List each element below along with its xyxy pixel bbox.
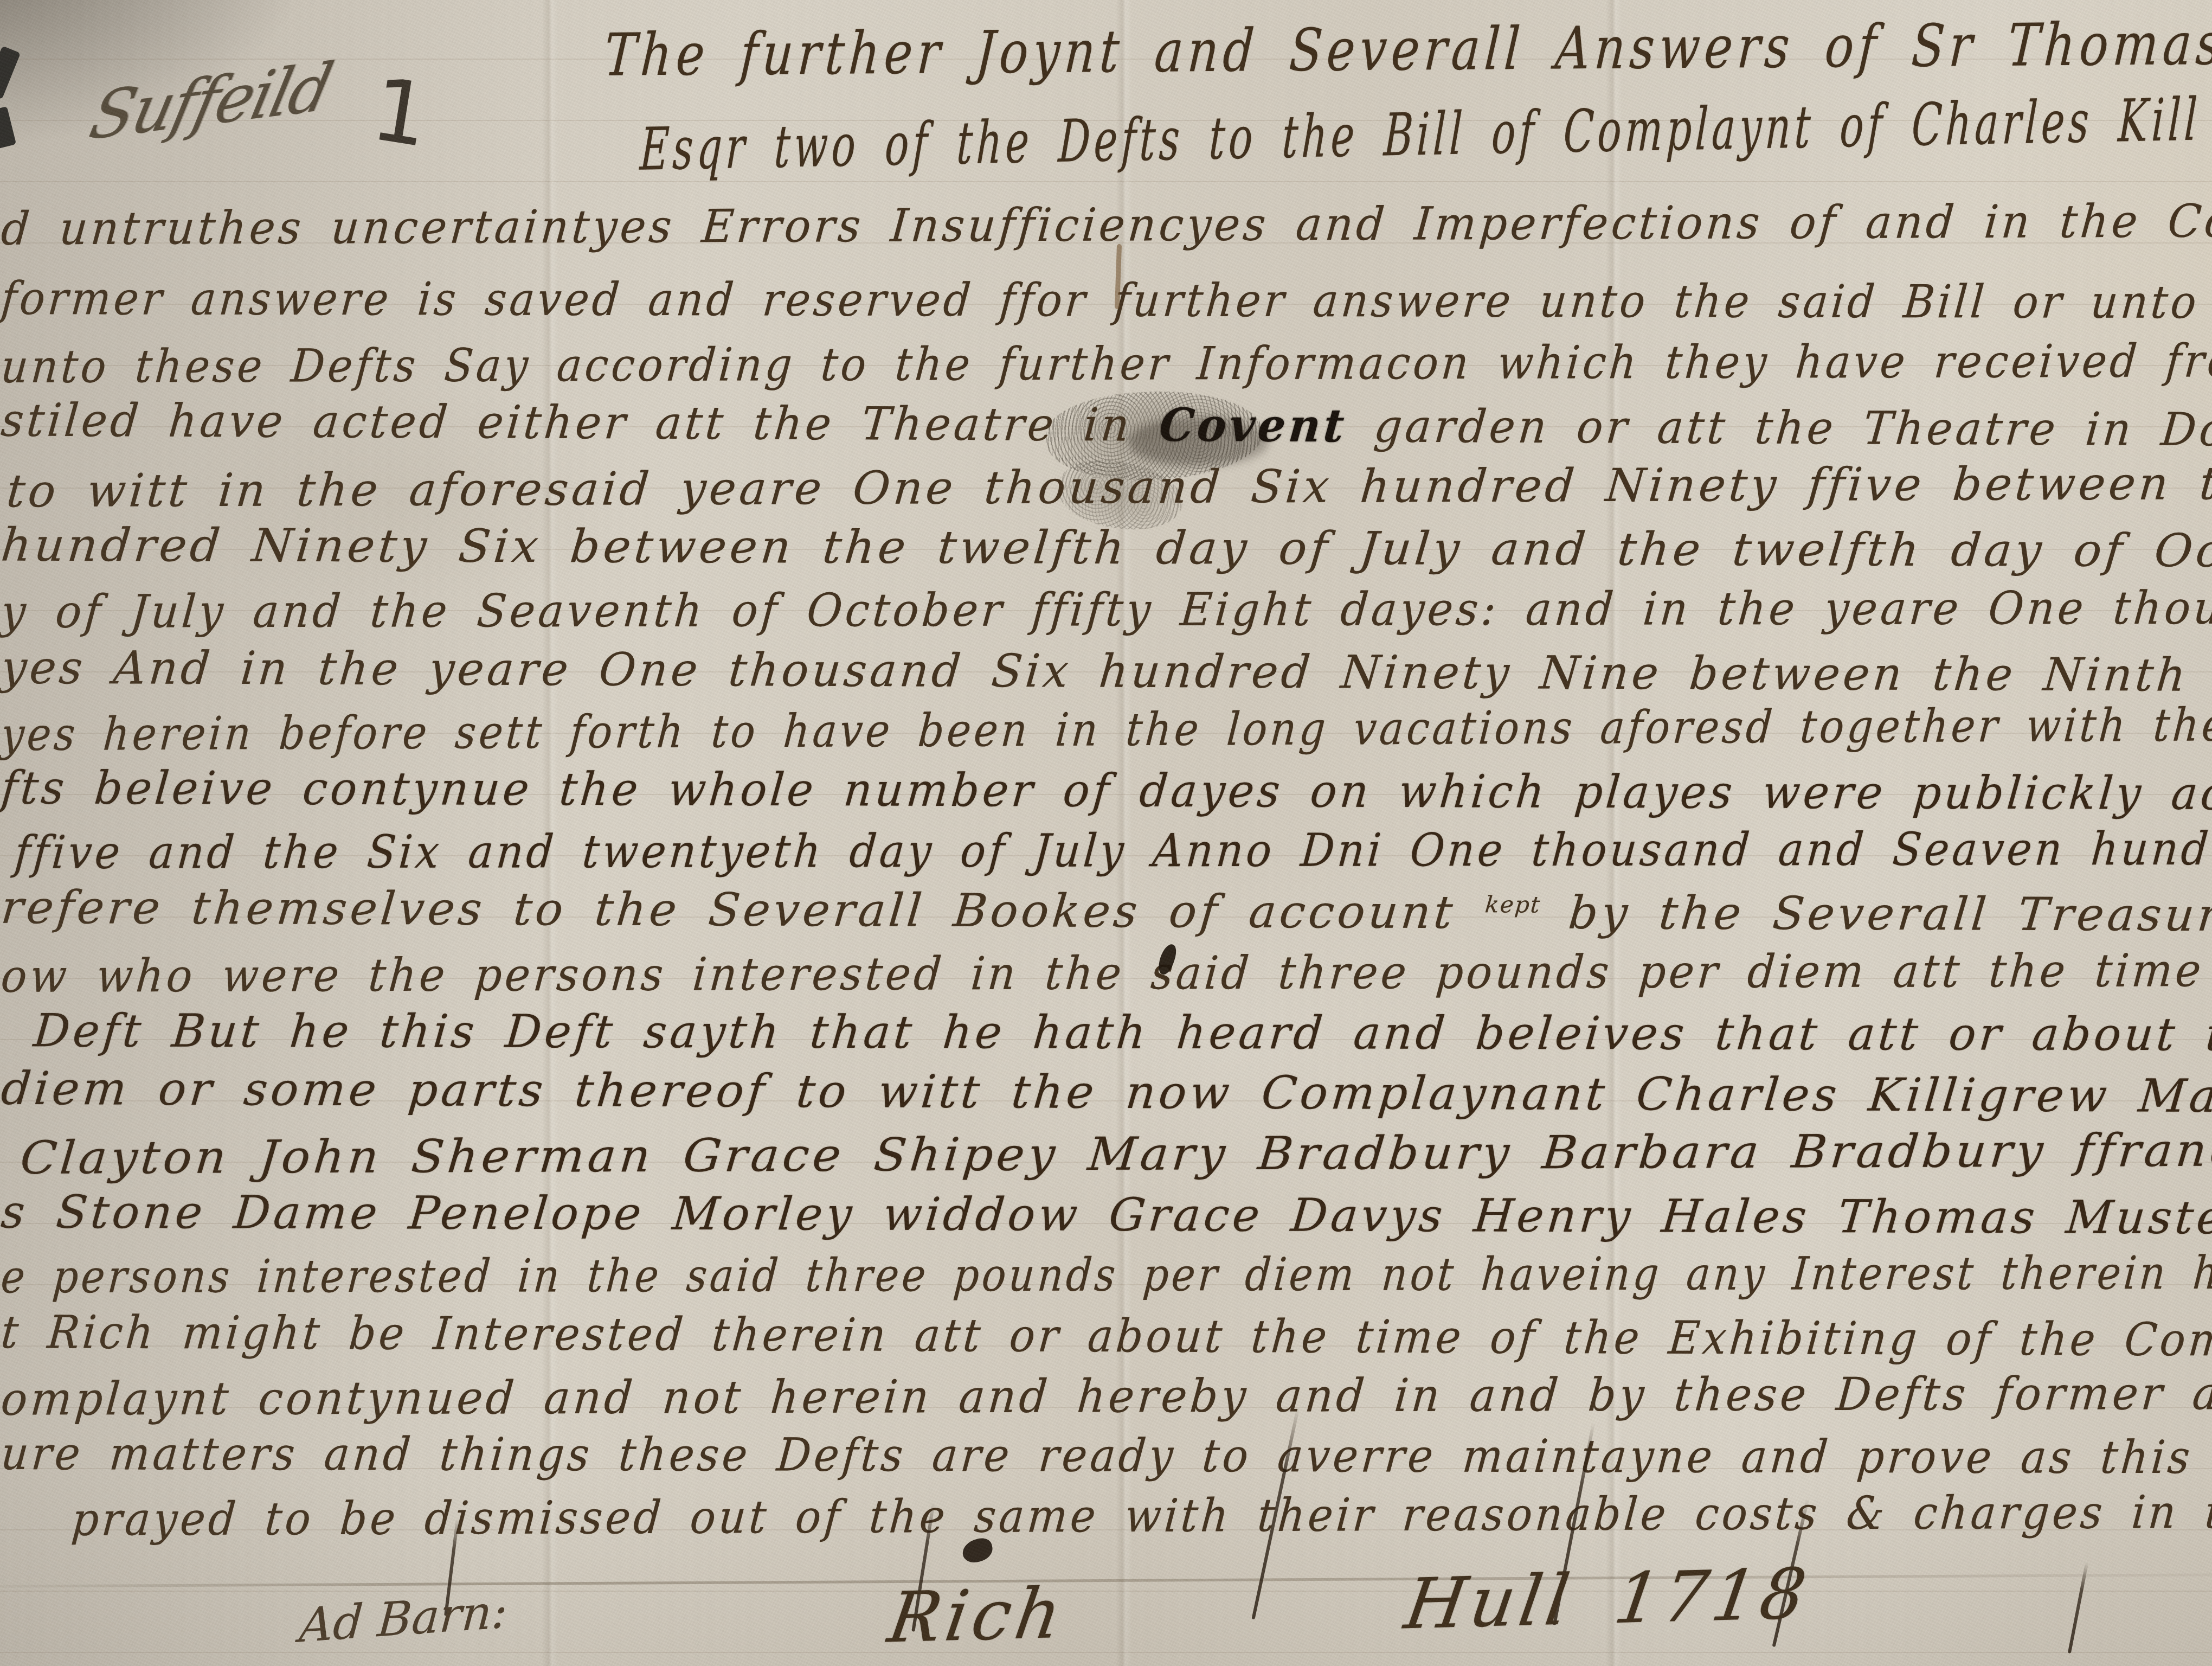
body-line-17-text: s Stone Dame Penelope Morley widdow Grac… [0,1189,2212,1241]
body-line-2-text: former answere is saved and reserved ffo… [0,275,2212,325]
edge-mark [0,46,21,100]
body-line-13-text: ow who were the persons interested in th… [0,947,2212,999]
body-line-5: to witt in the aforesaid yeare One thous… [5,460,2212,514]
interlined-word-kept: kept [1484,891,1542,918]
body-line-11-text: ffive and the Six and twentyeth day of J… [13,826,2212,875]
body-line-22-text: prayed to be dismissed out of the same w… [70,1489,2212,1542]
body-line-17: s Stone Dame Penelope Morley widdow Grac… [0,1189,2212,1240]
body-line-12-text: refere themselves to the Severall Bookes… [0,885,2212,938]
body-line-18: e persons interested in the said three p… [0,1249,2212,1299]
body-line-7: y of July and the Seaventh of October ff… [0,585,2212,635]
body-line-10: fts beleive contynue the whole number of… [0,765,2212,816]
body-line-16-text: Clayton John Sherman Grace Shipey Mary B… [18,1127,2212,1181]
margin-endorsement: Suffeild [85,54,337,149]
body-line-16: Clayton John Sherman Grace Shipey Mary B… [19,1127,2189,1181]
body-line-20-text: omplaynt contynued and not herein and he… [0,1370,2212,1422]
heading-line-1: The further Joynt and Severall Answers o… [603,12,2212,85]
body-line-3: unto these Defts Say according to the fu… [0,337,2212,389]
body-line-19-text: t Rich might be Interested therein att o… [0,1309,2212,1363]
body-line-3-text: unto these Defts Say according to the fu… [0,338,2212,389]
body-line-15: diem or some parts thereof to witt the n… [0,1066,2212,1119]
body-line-19: t Rich might be Interested therein att o… [0,1309,2212,1363]
body-line-7-text: y of July and the Seaventh of October ff… [0,585,2212,635]
edge-mark [0,106,16,150]
body-line-14-text: Deft But he this Deft sayth that he hath… [32,1008,2212,1057]
body-line-14: Deft But he this Deft sayth that he hath… [33,1008,2212,1057]
body-line-1: d untruthes uncertaintyes Errors Insuffi… [0,197,2212,251]
page-number: 1 [366,66,435,160]
body-line-9: yes herein before sett forth to have bee… [0,701,2212,758]
body-line-22: prayed to be dismissed out of the same w… [70,1488,2212,1542]
body-line-12-pre: refere themselves to the Severall Bookes… [0,881,1487,939]
body-line-4-pre: stiled have acted either att the Theatre… [0,393,1162,451]
body-line-10-text: fts beleive contynue the whole number of… [0,765,2212,816]
body-line-12: refere themselves to the Severall Bookes… [0,885,2212,938]
heading-line-1-text: The further Joynt and Severall Answers o… [602,15,2212,85]
body-line-2: former answere is saved and reserved ffo… [0,275,2212,325]
body-line-21: ure matters and things these Defts are r… [0,1431,2212,1481]
body-line-8-text: yes And in the yeare One thousand Six hu… [0,645,2212,699]
heading-line-2-text: Esqr two of the Defts to the Bill of Com… [639,91,2202,179]
body-line-4: stiled have acted either att the Theatre… [0,397,2212,453]
footer-attestation: Ad Barn: [298,1588,509,1649]
body-line-12-post: by the Severall Treasurer [1538,886,2212,942]
pen-flourish [2068,1562,2088,1654]
footer-signature: Rich Hull 1718 [884,1560,1815,1654]
body-line-6: hundred Ninety Six between the twelfth d… [0,522,2212,574]
body-line-15-text: diem or some parts thereof to witt the n… [0,1066,2212,1119]
body-line-9-text: yes herein before sett forth to have bee… [0,702,2212,757]
heading-line-2: Esqr two of the Defts to the Bill of Com… [638,76,2212,180]
body-line-6-text: hundred Ninety Six between the twelfth d… [0,522,2212,574]
body-line-20: omplaynt contynued and not herein and he… [0,1370,2212,1422]
body-line-13: ow who were the persons interested in th… [0,947,2212,999]
body-line-4-text: stiled have acted either att the Theatre… [0,397,2212,452]
body-line-18-text: e persons interested in the said three p… [0,1250,2212,1299]
covent-overwritten-word: Covent [1157,398,1349,452]
body-line-11: ffive and the Six and twentyeth day of J… [14,825,2212,875]
body-line-21-text: ure matters and things these Defts are r… [0,1431,2212,1480]
body-line-4-post: garden or att the Theatre in Dors [1345,399,2212,456]
body-line-1-text: d untruthes uncertaintyes Errors Insuffi… [0,198,2212,252]
manuscript-page: Suffeild 1 The further Joynt and Several… [0,0,2212,1666]
body-line-8: yes And in the yeare One thousand Six hu… [0,645,2212,699]
body-line-5-text: to witt in the aforesaid yeare One thous… [5,460,2212,514]
